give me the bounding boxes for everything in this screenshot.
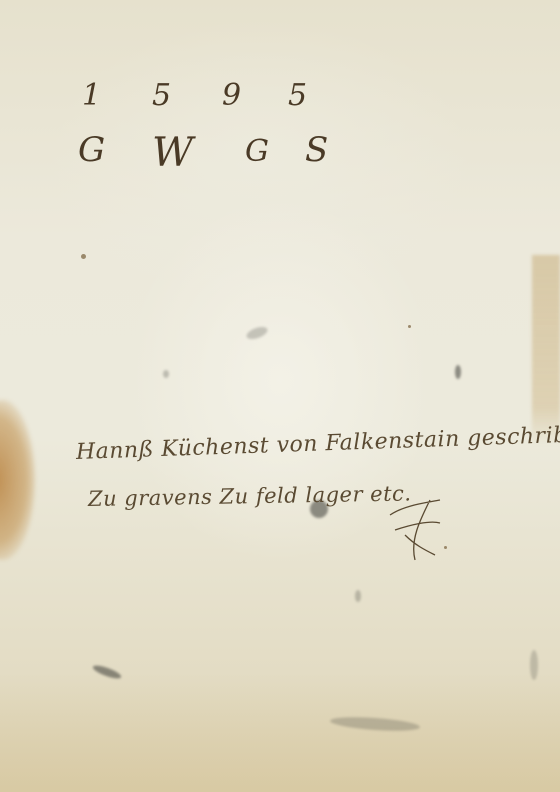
year-digit: 1 xyxy=(82,78,101,113)
ink-smudge xyxy=(355,590,361,602)
manuscript-line: Zu gravens Zu feld lager etc. xyxy=(88,481,412,511)
water-stain-right xyxy=(532,255,560,445)
year-digit: 5 xyxy=(288,78,307,113)
initial-letter: S xyxy=(305,130,328,170)
discoloration-bottom xyxy=(0,672,560,792)
initial-letter: G xyxy=(245,134,269,169)
signature-flourish xyxy=(385,495,445,565)
ink-smudge xyxy=(530,650,538,680)
ink-smudge xyxy=(163,370,169,378)
speck xyxy=(408,325,411,328)
year-digit: 9 xyxy=(222,78,241,113)
initial-letter: G xyxy=(78,130,105,170)
initial-letter: W xyxy=(152,130,193,176)
ink-smudge xyxy=(245,325,269,342)
manuscript-line: Hannß Küchenst von Falkenstain geschribe… xyxy=(76,422,560,465)
year-digit: 5 xyxy=(152,78,171,113)
ink-smudge xyxy=(455,365,461,379)
water-stain-left xyxy=(0,400,35,560)
speck xyxy=(81,254,86,259)
manuscript-page: 1 5 9 5 G W G S Hannß Küchenst von Falke… xyxy=(0,0,560,792)
